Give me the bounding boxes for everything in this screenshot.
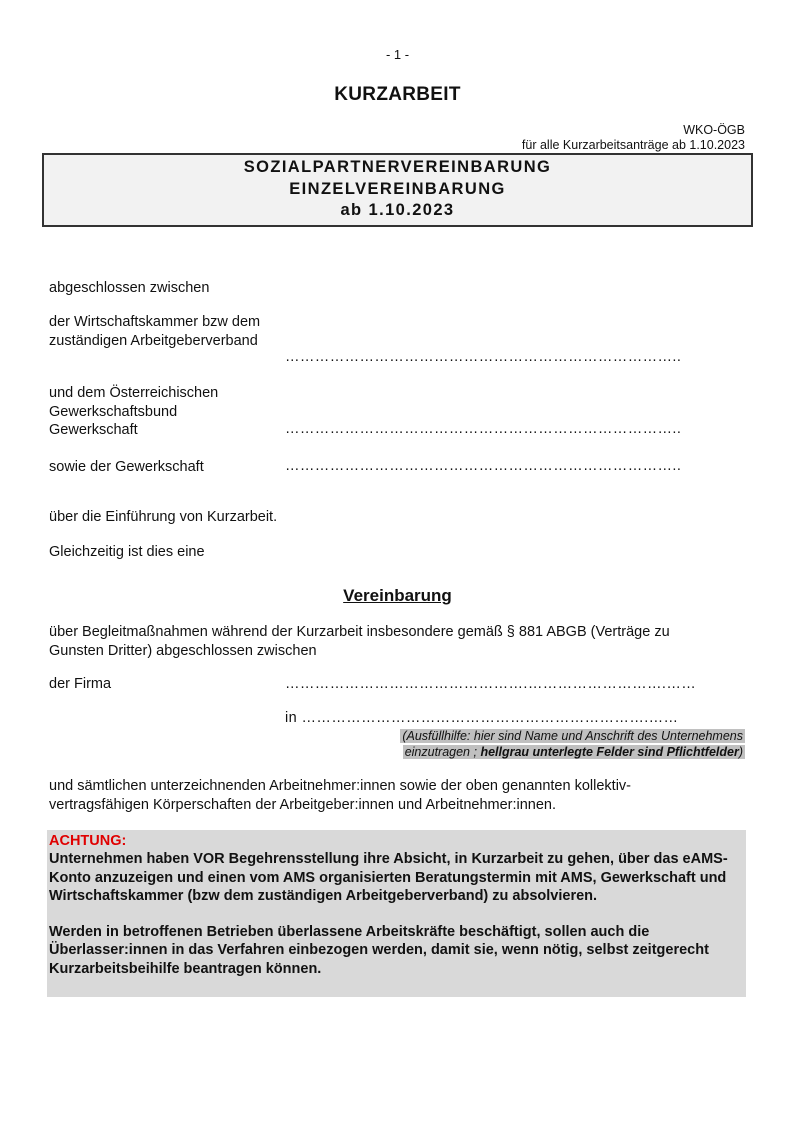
reference-line-1: WKO-ÖGB — [683, 123, 745, 137]
warning-paragraph-1: Unternehmen haben VOR Begehrensstellung … — [49, 850, 746, 905]
agreement-intro-line-2: Gunsten Dritter) abgeschlossen zwischen — [49, 642, 759, 661]
warning-label: ACHTUNG: — [49, 832, 746, 850]
company-label: der Firma — [49, 675, 111, 694]
union-label-line-1: und dem Österreichischen — [49, 384, 218, 403]
union-field[interactable]: …………………………………………………………………….. — [285, 421, 681, 437]
header-line-1: SOZIALPARTNERVEREINBARUNG — [44, 157, 751, 179]
union-label-line-2: Gewerkschaftsbund — [49, 403, 218, 422]
union2-field[interactable]: …………………………………………………………………….. — [285, 458, 681, 474]
agreement-intro-line-1: über Begleitmaßnahmen während der Kurzar… — [49, 623, 759, 642]
employer-label-line-1: der Wirtschaftskammer bzw dem — [49, 313, 260, 332]
employees-text: und sämtlichen unterzeichnenden Arbeitne… — [49, 777, 759, 814]
header-line-2: EINZELVEREINBARUNG — [44, 179, 751, 201]
location-field[interactable]: …………………………………………………………….…… — [302, 710, 679, 726]
location-row: in …………………………………………………………….…… — [285, 710, 678, 726]
warning-box: ACHTUNG: Unternehmen haben VOR Begehrens… — [47, 830, 746, 997]
fill-hint-plain: einzutragen ; — [405, 745, 481, 759]
company-field[interactable]: ………………………………………….……………………….…… — [285, 676, 696, 692]
header-line-3: ab 1.10.2023 — [44, 200, 751, 222]
employees-line-1: und sämtlichen unterzeichnenden Arbeitne… — [49, 777, 759, 796]
reference-line-2: für alle Kurzarbeitsanträge ab 1.10.2023 — [522, 138, 745, 152]
header-box: SOZIALPARTNERVEREINBARUNG EINZELVEREINBA… — [42, 153, 753, 227]
fill-hint-line-2: einzutragen ; hellgrau unterlegte Felder… — [403, 745, 745, 759]
agreement-heading: Vereinbarung — [0, 586, 795, 606]
employer-label-line-2: zuständigen Arbeitgeberverband — [49, 332, 260, 351]
union-label: und dem Österreichischen Gewerkschaftsbu… — [49, 384, 218, 440]
employer-label: der Wirtschaftskammer bzw dem zuständige… — [49, 313, 260, 350]
employees-line-2: vertragsfähigen Körperschaften der Arbei… — [49, 796, 759, 815]
union2-label: sowie der Gewerkschaft — [49, 458, 204, 477]
union-label-line-3: Gewerkschaft — [49, 421, 218, 440]
location-prefix: in — [285, 710, 297, 726]
page-number: - 1 - — [0, 47, 795, 62]
employer-field[interactable]: …………………………………………………………………….. — [285, 349, 681, 365]
document-title: KURZARBEIT — [0, 84, 795, 106]
purpose-text: über die Einführung von Kurzarbeit. — [49, 508, 277, 527]
fill-hint-line-1: (Ausfüllhilfe: hier sind Name und Anschr… — [400, 729, 745, 743]
also-text: Gleichzeitig ist dies eine — [49, 543, 205, 562]
fill-hint-end: ) — [739, 745, 743, 759]
warning-paragraph-2: Werden in betroffenen Betrieben überlass… — [49, 923, 746, 978]
parties-intro: abgeschlossen zwischen — [49, 279, 209, 298]
agreement-intro: über Begleitmaßnahmen während der Kurzar… — [49, 623, 759, 660]
fill-hint: (Ausfüllhilfe: hier sind Name und Anschr… — [400, 728, 745, 760]
fill-hint-bold: hellgrau unterlegte Felder sind Pflichtf… — [480, 745, 738, 759]
